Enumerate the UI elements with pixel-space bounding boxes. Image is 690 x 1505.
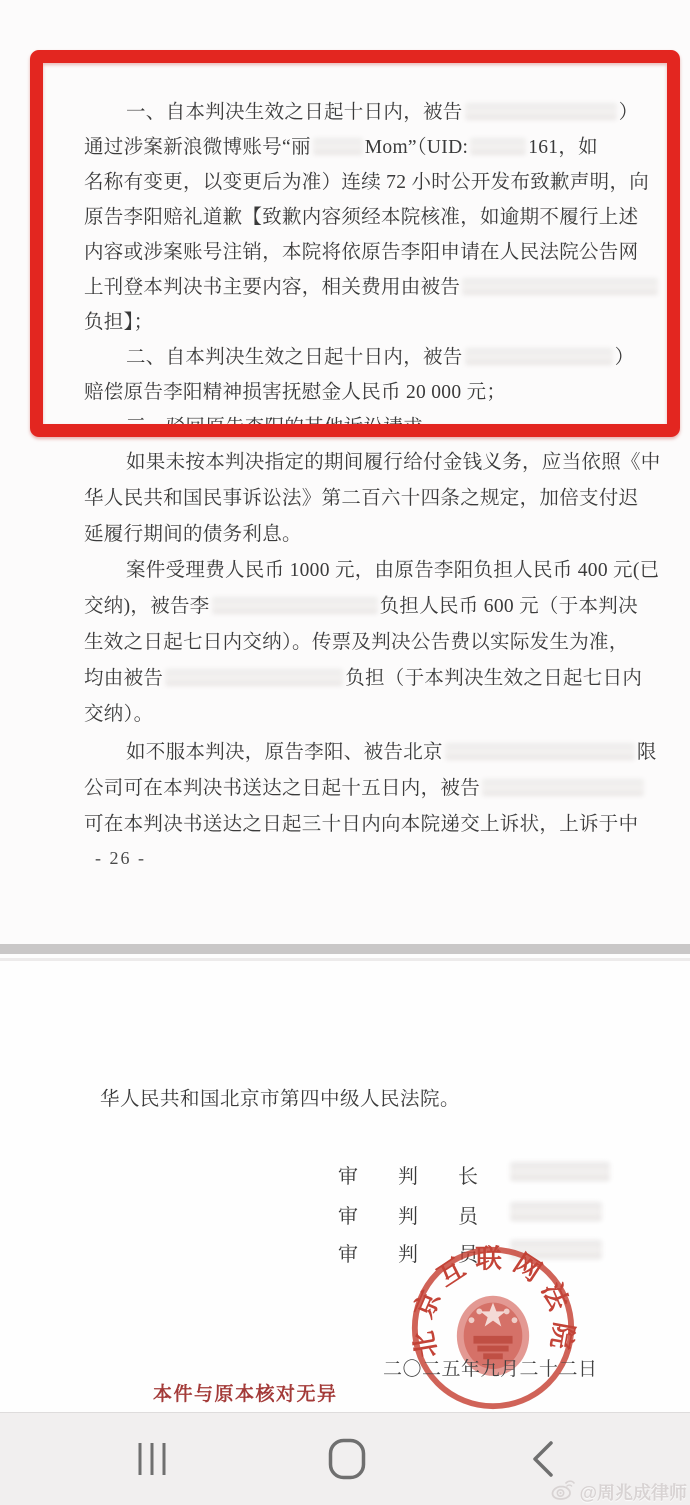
document-line: 如果未按本判决指定的期间履行给付金钱义务，应当依照《中 — [126, 452, 661, 474]
text-segment: 负担人民币 600 元（于本判决 — [380, 596, 638, 617]
court-name-line: 华人民共和国北京市第四中级人民法院。 — [100, 1083, 460, 1111]
document-line: 案件受理费人民币 1000 元，由原告李阳负担人民币 400 元(已 — [126, 560, 659, 582]
phone-screenshot: { "document": { "text_color": "#3a3a3a",… — [0, 0, 690, 1505]
text-segment: 均由被告 — [84, 668, 163, 689]
page-number: - 26 - — [95, 848, 146, 869]
redacted-blur — [445, 743, 635, 760]
text-segment: 负担（于本判决生效之日起七日内 — [345, 668, 642, 689]
text-segment: 如果未按本判决指定的期间履行给付金钱义务，应当依照《中 — [126, 452, 661, 473]
text-segment: 交纳）。 — [84, 704, 153, 725]
court-seal: 北京互联网法院 — [407, 1242, 579, 1414]
android-nav-bar: @周兆成律师 — [0, 1412, 690, 1505]
document-line: 可在本判决书送达之日起三十日内向本院递交上诉状，上诉于中 — [84, 814, 638, 836]
highlight-box — [30, 50, 680, 437]
text-segment: 限 — [637, 742, 657, 763]
text-segment: 华人民共和国民事诉讼法》第二百六十四条之规定，加倍支付迟 — [84, 488, 638, 509]
text-segment: 交纳)，被告李 — [84, 596, 210, 617]
recents-icon — [134, 1441, 170, 1477]
document-line: 交纳)，被告李负担人民币 600 元（于本判决 — [84, 596, 638, 618]
text-segment: 案件受理费人民币 1000 元，由原告李阳负担人民币 400 元(已 — [126, 560, 659, 581]
redacted-blur — [212, 597, 378, 614]
redacted-blur — [482, 779, 644, 796]
text-segment: 延履行期间的债务利息。 — [84, 524, 302, 545]
weibo-watermark: @周兆成律师 — [551, 1479, 687, 1505]
home-icon — [328, 1438, 366, 1480]
document-line: 公司可在本判决书送达之日起十五日内，被告 — [84, 778, 646, 800]
home-button[interactable] — [282, 1413, 412, 1505]
document-line: 生效之日起七日内交纳）。传票及判决公告费以实际发生为准， — [84, 632, 629, 654]
text-segment: 如不服本判决，原告李阳、被告北京 — [126, 742, 443, 763]
redacted-blur — [165, 669, 343, 686]
signature-name-redacted — [510, 1162, 610, 1181]
document-line: 交纳）。 — [84, 704, 153, 726]
judgment-date: 二〇二五年九月二十二日 — [383, 1354, 598, 1381]
text-segment: 公司可在本判决书送达之日起十五日内，被告 — [84, 778, 480, 799]
document-line: 均由被告负担（于本判决生效之日起七日内 — [84, 668, 642, 690]
signature-role: 审 判 员 — [338, 1200, 478, 1229]
weibo-logo-icon — [551, 1479, 575, 1505]
document-line: 华人民共和国民事诉讼法》第二百六十四条之规定，加倍支付迟 — [84, 488, 638, 510]
document-line: 延履行期间的债务利息。 — [84, 524, 302, 546]
text-segment: 生效之日起七日内交纳）。传票及判决公告费以实际发生为准， — [84, 632, 629, 653]
signature-name-redacted — [510, 1202, 602, 1221]
watermark-text: @周兆成律师 — [579, 1479, 687, 1505]
text-segment: 可在本判决书送达之日起三十日内向本院递交上诉状，上诉于中 — [84, 814, 638, 835]
document-line: 如不服本判决，原告李阳、被告北京限 — [126, 742, 657, 764]
signature-role: 审 判 长 — [338, 1160, 478, 1189]
verification-note: 本件与原本核对无异 — [153, 1379, 338, 1406]
recents-button[interactable] — [87, 1413, 217, 1505]
page-divider-shadow — [0, 958, 690, 961]
back-icon — [531, 1440, 555, 1478]
page-divider — [0, 944, 690, 954]
